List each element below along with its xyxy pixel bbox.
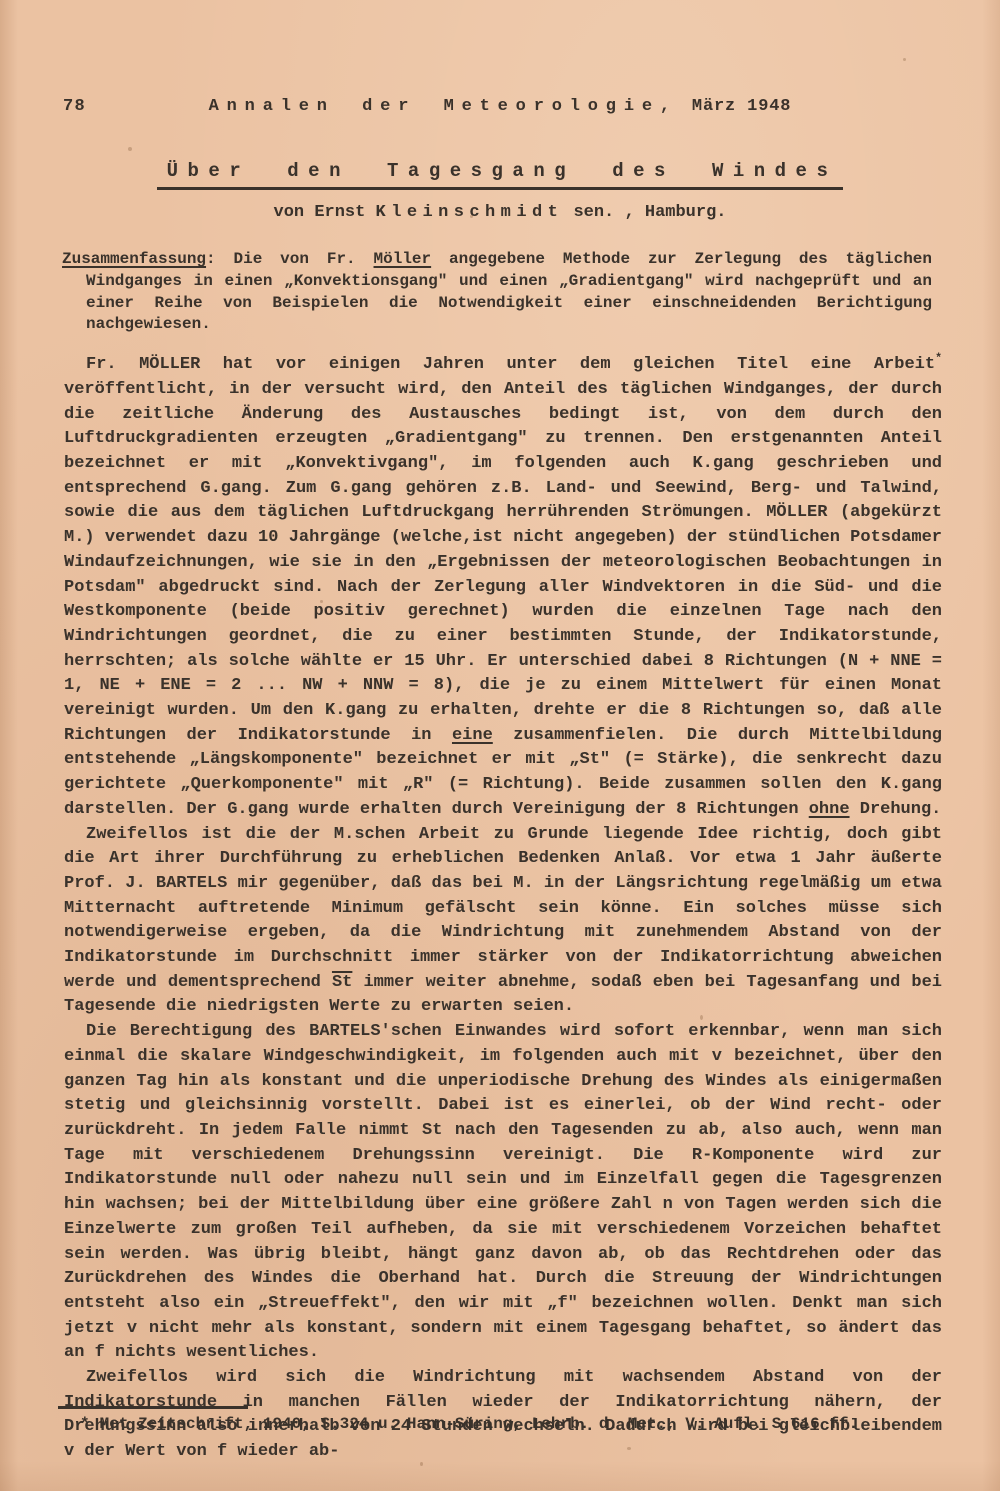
- body-paragraph-3: Die Berechtigung des BARTELS'schen Einwa…: [64, 1020, 942, 1366]
- footnote: *Met.Zeitschrift, 1940, S.324 u. Hann-Sü…: [58, 1406, 942, 1433]
- footnote-text-line: *Met.Zeitschrift, 1940, S.324 u. Hann-Sü…: [58, 1415, 942, 1433]
- paper-texture-speck: [700, 1015, 703, 1020]
- scanned-journal-page: 78 Annalen der Meteorologie,März 1948 Üb…: [0, 0, 1000, 1491]
- footnote-marker: *: [80, 1415, 90, 1433]
- paper-texture-speck: [627, 1447, 631, 1450]
- abstract: Zusammenfassung: Die von Fr. Möller ange…: [62, 249, 932, 336]
- footnote-rule: [58, 1406, 248, 1409]
- paper-texture-speck: [320, 600, 323, 603]
- article-body: Fr. MÖLLER hat vor einigen Jahren unter …: [64, 353, 942, 1465]
- journal-name: Annalen der Meteorologie,: [209, 97, 678, 116]
- page-header: 78 Annalen der Meteorologie,März 1948: [0, 0, 1000, 116]
- footnote-text: Met.Zeitschrift, 1940, S.324 u. Hann-Sür…: [100, 1415, 859, 1433]
- body-paragraph-1: Fr. MÖLLER hat vor einigen Jahren unter …: [64, 353, 942, 822]
- article-title-block: Über den Tagesgang des Windes: [0, 160, 1000, 190]
- paper-texture-speck: [420, 1462, 423, 1466]
- paper-texture-speck: [128, 147, 132, 151]
- article-title: Über den Tagesgang des Windes: [157, 160, 844, 190]
- article-byline: von Ernst Kleinschmidt sen. , Hamburg.: [0, 203, 1000, 222]
- paper-texture-speck: [470, 215, 473, 218]
- body-paragraph-2: Zweifellos ist die der M.schen Arbeit zu…: [64, 823, 942, 1021]
- journal-issue: März 1948: [692, 97, 791, 116]
- page-number: 78: [63, 97, 86, 116]
